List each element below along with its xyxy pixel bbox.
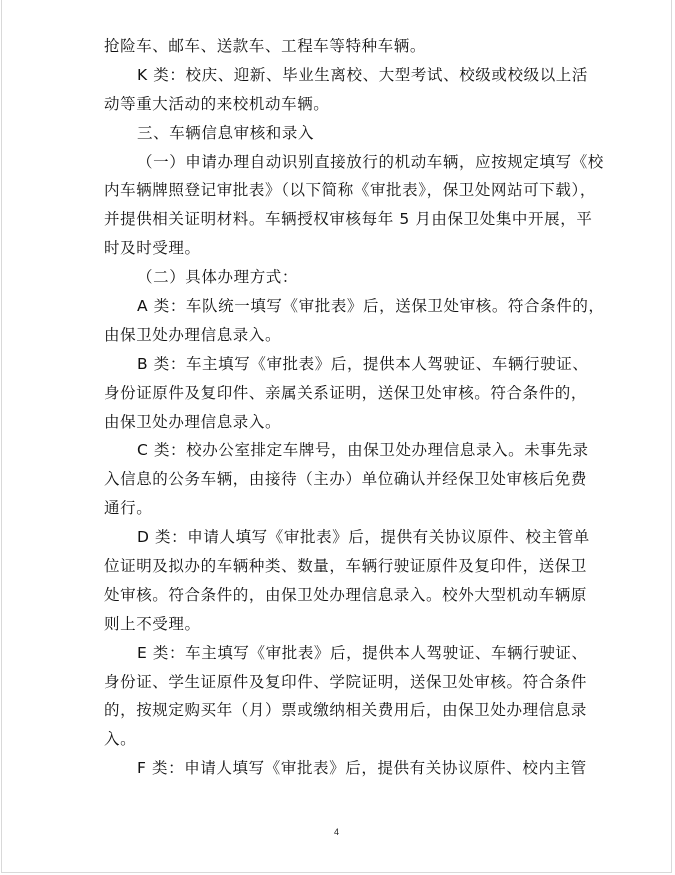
document-body: 抢险车、邮车、送款车、工程车等特种车辆。 K 类：校庆、迎新、毕业生离校、大型考… xyxy=(104,32,576,783)
paragraph-line-category-f: F 类：申请人填写《审批表》后，提供有关协议原件、校内主管 xyxy=(104,754,576,783)
paragraph-line: 由保卫处办理信息录入。 xyxy=(104,321,576,350)
document-page: 抢险车、邮车、送款车、工程车等特种车辆。 K 类：校庆、迎新、毕业生离校、大型考… xyxy=(1,0,672,873)
paragraph-line: 的，按规定购买年（月）票或缴纳相关费用后，由保卫处办理信息录 xyxy=(104,696,576,725)
page-number: 4 xyxy=(2,827,671,837)
paragraph-line-category-b: B 类：车主填写《审批表》后，提供本人驾驶证、车辆行驶证、 xyxy=(104,350,576,379)
subsection-one-line: （一）申请办理自动识别直接放行的机动车辆，应按规定填写《校 xyxy=(104,148,576,177)
paragraph-line: 处审核。符合条件的，由保卫处办理信息录入。校外大型机动车辆原 xyxy=(104,581,576,610)
subsection-two-heading: （二）具体办理方式： xyxy=(104,263,576,292)
paragraph-line: 内车辆牌照登记审批表》（以下简称《审批表》，保卫处网站可下载）， xyxy=(104,176,576,205)
paragraph-line: 由保卫处办理信息录入。 xyxy=(104,408,576,437)
paragraph-line: 动等重大活动的来校机动车辆。 xyxy=(104,90,576,119)
paragraph-line-category-d: D 类：申请人填写《审批表》后，提供有关协议原件、校主管单 xyxy=(104,523,576,552)
paragraph-line: 则上不受理。 xyxy=(104,610,576,639)
section-heading: 三、车辆信息审核和录入 xyxy=(104,119,576,148)
paragraph-line-category-e: E 类：车主填写《审批表》后，提供本人驾驶证、车辆行驶证、 xyxy=(104,639,576,668)
paragraph-line: 入信息的公务车辆，由接待（主办）单位确认并经保卫处审核后免费 xyxy=(104,465,576,494)
paragraph-line-category-a: A 类：车队统一填写《审批表》后，送保卫处审核。符合条件的， xyxy=(104,292,576,321)
paragraph-line: 位证明及拟办的车辆种类、数量，车辆行驶证原件及复印件，送保卫 xyxy=(104,552,576,581)
paragraph-line: 抢险车、邮车、送款车、工程车等特种车辆。 xyxy=(104,32,576,61)
paragraph-line: 身份证原件及复印件、亲属关系证明，送保卫处审核。符合条件的， xyxy=(104,379,576,408)
paragraph-line: 通行。 xyxy=(104,494,576,523)
paragraph-line: 入。 xyxy=(104,725,576,754)
paragraph-line-category-c: C 类：校办公室排定车牌号，由保卫处办理信息录入。未事先录 xyxy=(104,436,576,465)
paragraph-line: 时及时受理。 xyxy=(104,234,576,263)
paragraph-line: 身份证、学生证原件及复印件、学院证明，送保卫处审核。符合条件 xyxy=(104,668,576,697)
paragraph-line-category-k: K 类：校庆、迎新、毕业生离校、大型考试、校级或校级以上活 xyxy=(104,61,576,90)
paragraph-line: 并提供相关证明材料。车辆授权审核每年 5 月由保卫处集中开展，平 xyxy=(104,205,576,234)
